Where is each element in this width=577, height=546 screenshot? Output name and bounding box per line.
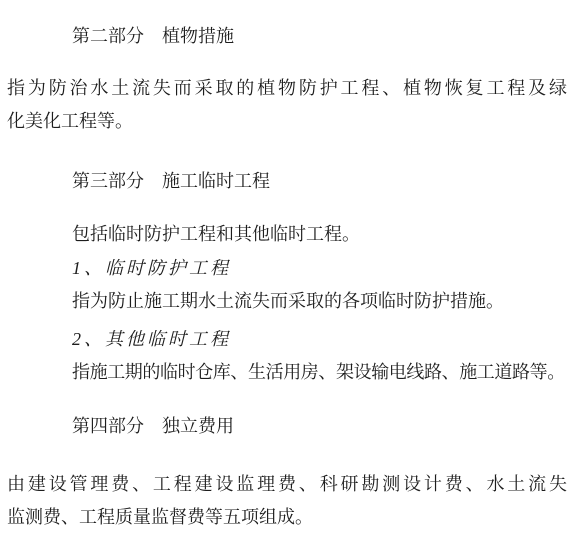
paragraph-plant-measures-definition: 指为防治水土流失而采取的植物防护工程、植物恢复工程及绿 化美化工程等。 [7, 72, 567, 138]
heading-part-2-plant-measures: 第二部分 植物措施 [7, 20, 567, 53]
text-line: 化美化工程等。 [7, 105, 567, 138]
heading-part-4-independent-costs: 第四部分 独立费用 [7, 410, 567, 443]
list-item-1-temporary-protection-works: 1、临时防护工程 [7, 252, 567, 285]
paragraph-temporary-protection-definition: 指为防止施工期水土流失而采取的各项临时防护措施。 [7, 285, 567, 318]
paragraph-temporary-works-scope: 包括临时防护工程和其他临时工程。 [7, 218, 567, 251]
list-item-2-other-temporary-works: 2、其他临时工程 [7, 323, 567, 356]
document-page: 第二部分 植物措施 指为防治水土流失而采取的植物防护工程、植物恢复工程及绿 化美… [0, 0, 577, 546]
text-line: 由建设管理费、工程建设监理费、科研勘测设计费、水土流失 [7, 468, 567, 501]
text-line: 指为防治水土流失而采取的植物防护工程、植物恢复工程及绿 [7, 72, 567, 105]
heading-part-3-temporary-works: 第三部分 施工临时工程 [7, 165, 567, 198]
paragraph-other-temporary-definition: 指施工期的临时仓库、生活用房、架设输电线路、施工道路等。 [7, 356, 567, 389]
text-line: 监测费、工程质量监督费等五项组成。 [7, 501, 567, 534]
paragraph-independent-costs-composition: 由建设管理费、工程建设监理费、科研勘测设计费、水土流失 监测费、工程质量监督费等… [7, 468, 567, 534]
